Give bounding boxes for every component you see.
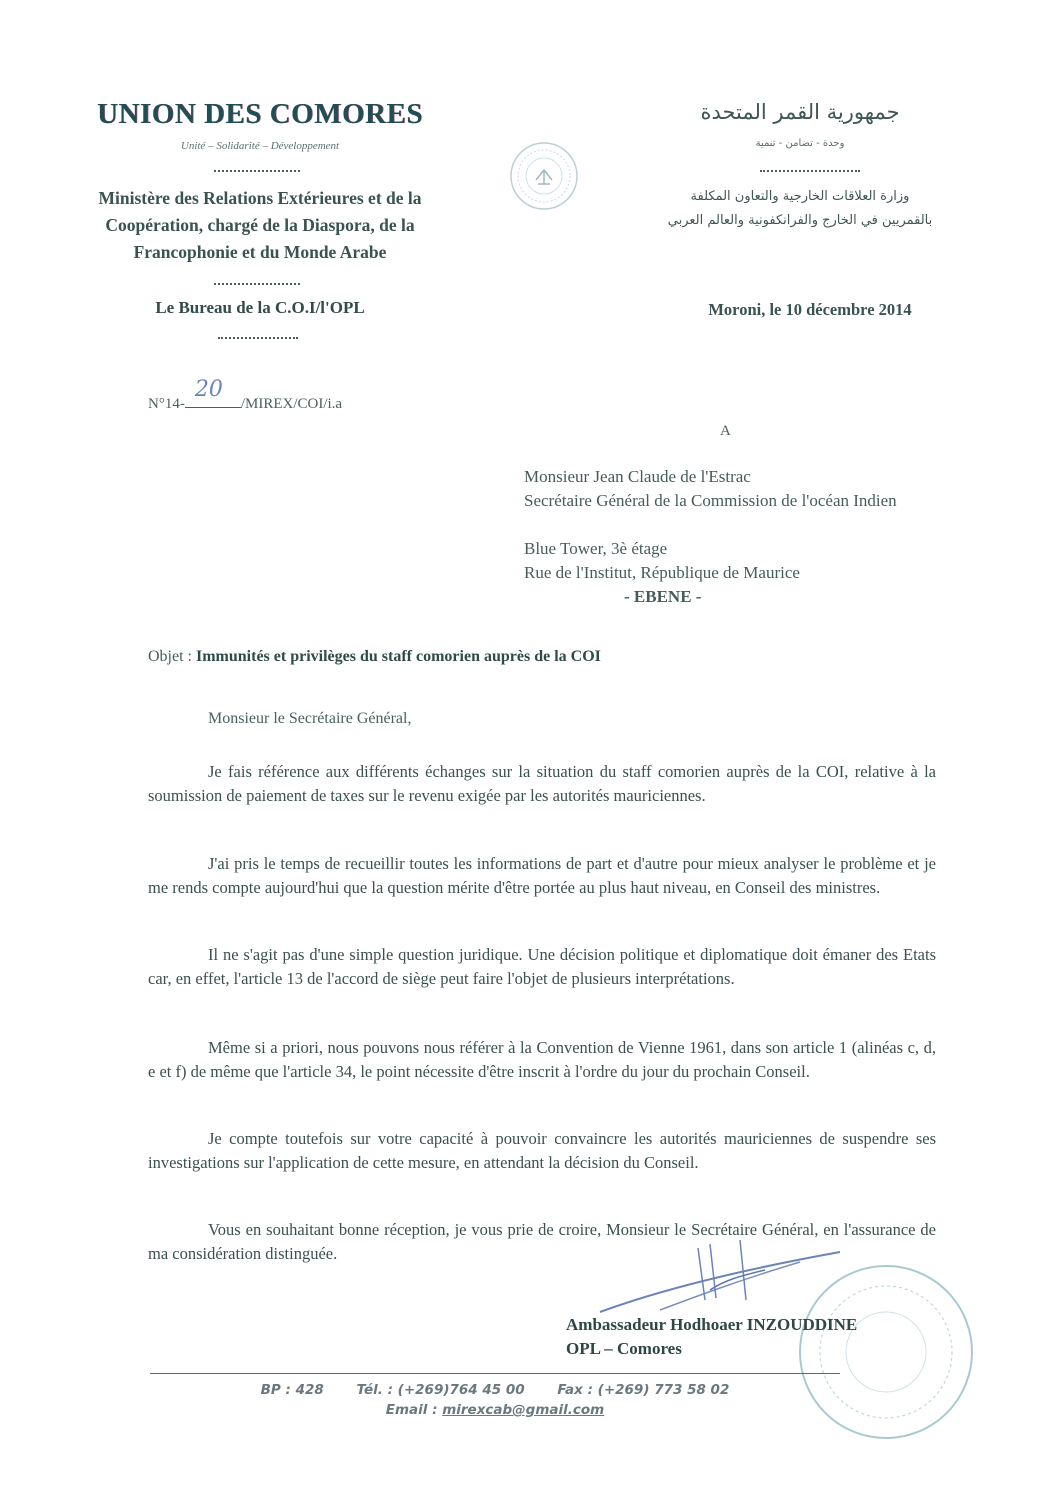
- body-paragraph: Je compte toutefois sur votre capacité à…: [148, 1127, 936, 1175]
- divider: [760, 170, 860, 172]
- address-line-2: Rue de l'Institut, République de Maurice: [524, 561, 944, 585]
- ministry-name-fr: Ministère des Relations Extérieures et d…: [60, 185, 460, 266]
- ministry-ar-line-1: وزارة العلاقات الخارجية والتعاون المكلفة: [620, 185, 980, 209]
- salutation: Monsieur le Secrétaire Général,: [208, 710, 411, 728]
- subject-line: Objet : Immunités et privilèges du staff…: [148, 648, 601, 666]
- footer: BP : 428 Tél. : (+269)764 45 00 Fax : (+…: [150, 1380, 840, 1420]
- body-paragraph: Même si a priori, nous pouvons nous réfé…: [148, 1036, 936, 1084]
- subject-text: Immunités et privilèges du staff comorie…: [196, 648, 601, 665]
- signature-block: Ambassadeur Hodhoaer INZOUDDINE OPL – Co…: [566, 1313, 857, 1361]
- addressee-name: Monsieur Jean Claude de l'Estrac: [524, 465, 944, 489]
- body-paragraph: J'ai pris le temps de recueillir toutes …: [148, 852, 936, 900]
- divider: [214, 283, 300, 285]
- ministry-ar-line-2: بالقمريين في الخارج والفرانكفونية والعال…: [620, 209, 980, 233]
- motto-fr: Unité – Solidarité – Développement: [60, 140, 460, 152]
- footer-email-link[interactable]: mirexcab@gmail.com: [442, 1402, 604, 1418]
- footer-email-label: Email :: [386, 1402, 442, 1418]
- motto-ar: وحدة - تضامن - تنمية: [640, 138, 960, 149]
- signer-name: Ambassadeur Hodhoaer INZOUDDINE: [566, 1313, 857, 1337]
- reference-suffix: /MIREX/COI/i.a: [241, 396, 342, 412]
- reference-number: N°14-20/MIREX/COI/i.a: [148, 393, 342, 413]
- country-name-ar: جمهورية القمر المتحدة: [640, 100, 960, 124]
- footer-fax: Fax : (+269) 773 58 02: [557, 1382, 729, 1398]
- body-paragraph: Il ne s'agit pas d'une simple question j…: [148, 943, 936, 991]
- body-paragraph: Je fais référence aux différents échange…: [148, 760, 936, 808]
- reference-prefix: N°14-: [148, 396, 185, 412]
- footer-bp: BP : 428: [261, 1382, 324, 1398]
- divider: [214, 170, 300, 172]
- country-name-fr: UNION DES COMORES: [60, 98, 460, 131]
- footer-tel: Tél. : (+269)764 45 00: [357, 1382, 525, 1398]
- letter-date: Moroni, le 10 décembre 2014: [640, 300, 980, 320]
- bureau-name: Le Bureau de la C.O.I/l'OPL: [60, 298, 460, 318]
- handwritten-number: 20: [195, 377, 223, 402]
- address-city: - EBENE -: [524, 585, 944, 609]
- reference-blank: 20: [185, 393, 241, 408]
- subject-label: Objet :: [148, 648, 196, 665]
- addressee-block: Monsieur Jean Claude de l'Estrac Secréta…: [524, 465, 944, 609]
- divider: [218, 337, 298, 339]
- coat-of-arms-seal-icon: [508, 140, 580, 212]
- addressee-to: A: [720, 423, 731, 440]
- signer-title: OPL – Comores: [566, 1337, 857, 1361]
- address-line-1: Blue Tower, 3è étage: [524, 537, 944, 561]
- addressee-title: Secrétaire Général de la Commission de l…: [524, 489, 944, 513]
- footer-divider: [150, 1373, 840, 1374]
- ministry-name-ar: وزارة العلاقات الخارجية والتعاون المكلفة…: [620, 185, 980, 233]
